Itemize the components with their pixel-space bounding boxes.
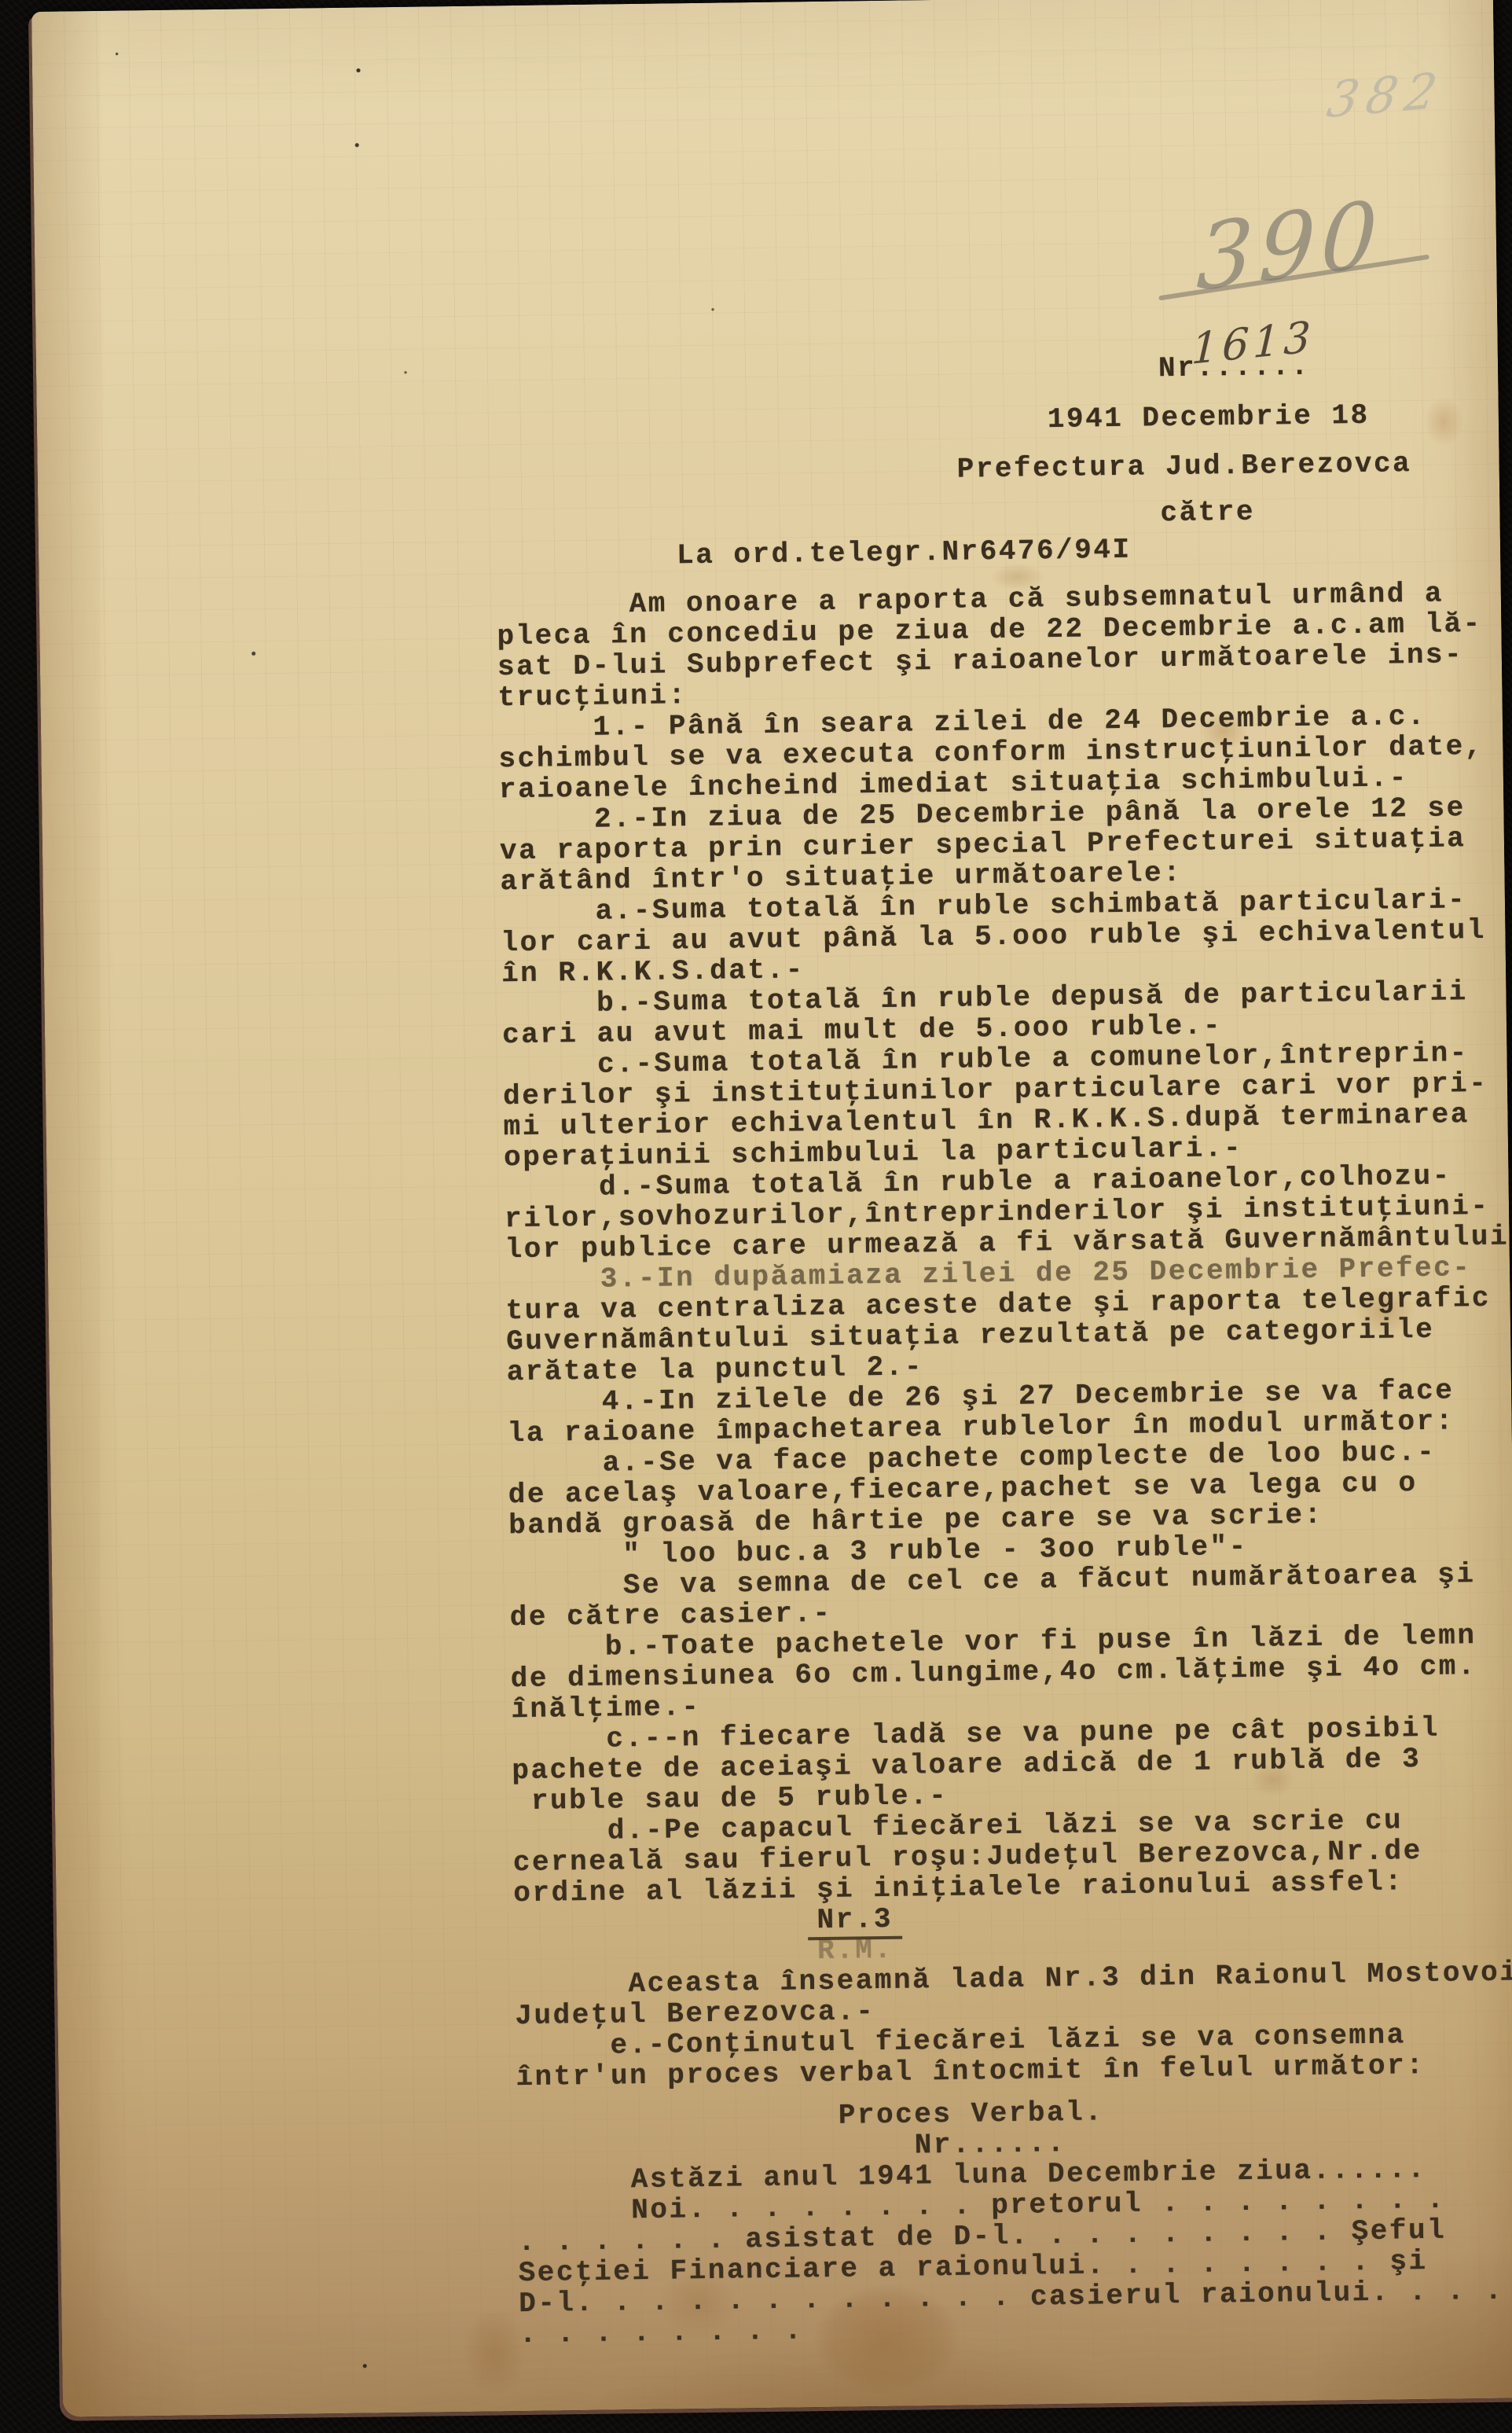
typed-registry-label: Nr...... [1158,351,1310,385]
document-body: Am onoare a raporta că subsemnatul urmân… [497,576,1512,2350]
scan-background: { "annotations": { "corner_number": "382… [0,0,1512,2433]
reference-line: La ord.telegr.Nr6476/94I [677,534,1132,572]
document-page: 382 390 1613 Nr...... 1941 Decembrie 18 … [31,0,1512,2417]
pencil-number-crossed-out: 390 [1195,180,1385,311]
pencil-corner-number: 382 [1323,61,1449,130]
issuer-line: Prefectura Jud.Berezovca [956,447,1411,486]
salutation-line: către [1160,496,1255,530]
document-date: 1941 Decembrie 18 [1048,399,1370,436]
